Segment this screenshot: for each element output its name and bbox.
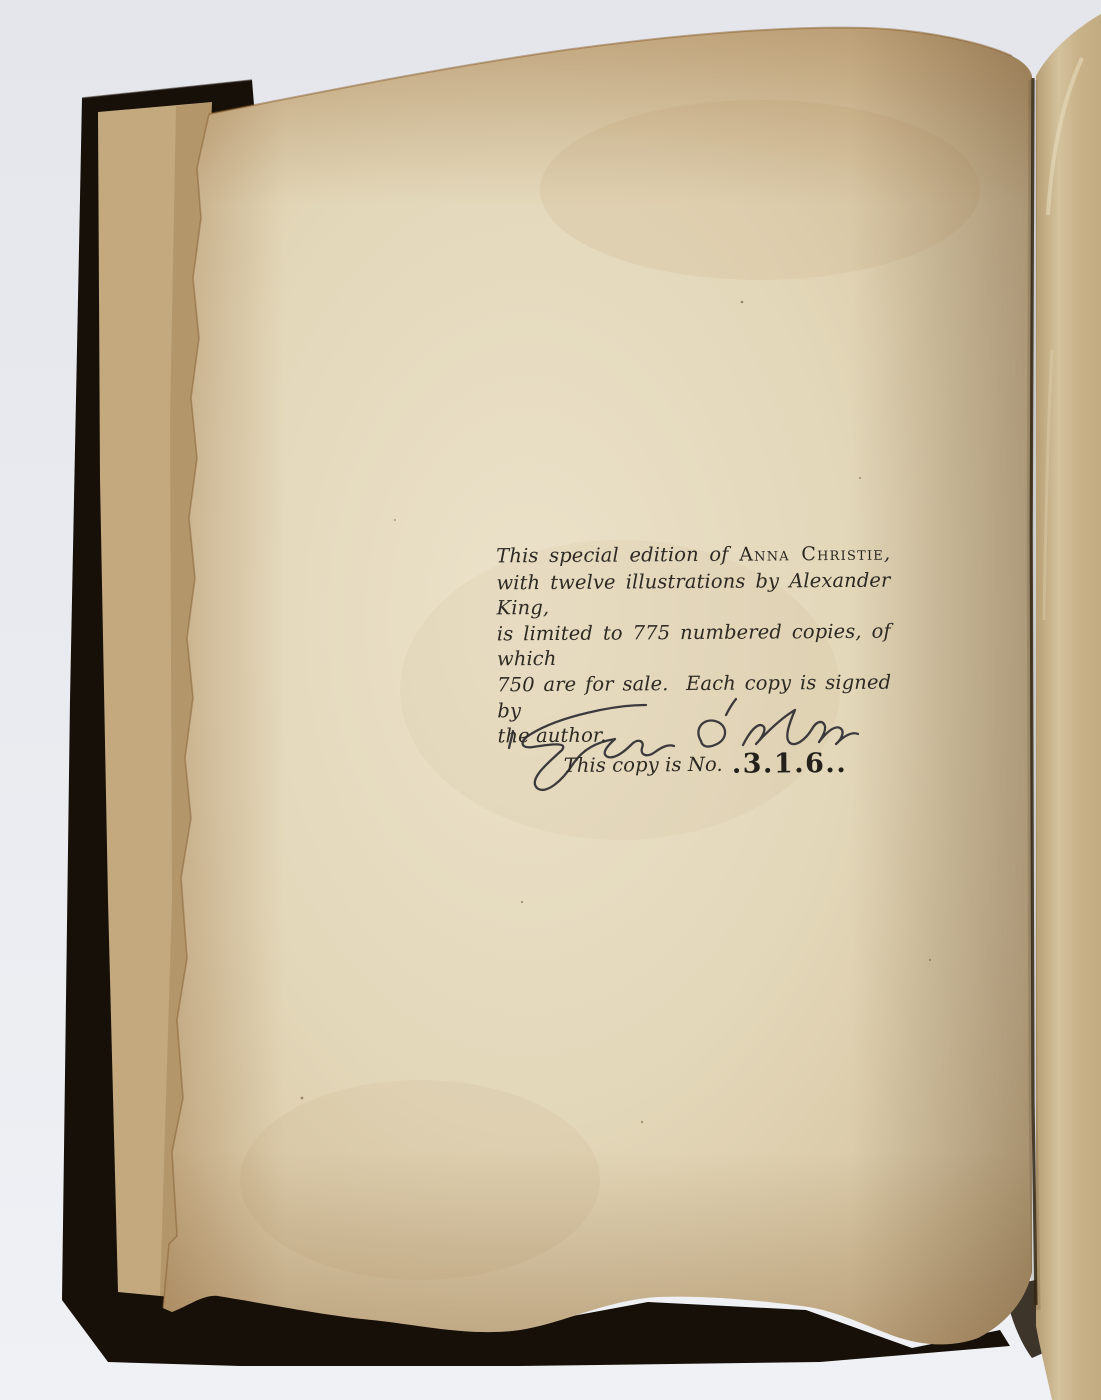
- copy-number-line: This copy is No..3.1.6..: [564, 748, 892, 780]
- facing-page: [1036, 14, 1101, 1400]
- limitation-line-3: is limited to 775 numbered copies, of wh…: [497, 618, 891, 672]
- copy-number-prefix: This copy is No.: [564, 753, 723, 777]
- book-title: Anna Christie: [739, 543, 884, 566]
- limitation-line-1-post: ,: [884, 542, 890, 565]
- limitation-statement: This special edition of Anna Christie, w…: [496, 541, 892, 781]
- limitation-line-5: the author.: [497, 721, 891, 749]
- limitation-line-2: with twelve illustrations by Alexander K…: [496, 567, 890, 621]
- book-photo: This special edition of Anna Christie, w…: [0, 0, 1101, 1400]
- copy-number-stamp: .3.1.6..: [732, 748, 848, 780]
- limitation-line-1-pre: This special edition of: [496, 543, 739, 568]
- limitation-line-4: 750 are for sale. Each copy is signed by: [497, 670, 891, 724]
- limitation-line-1: This special edition of Anna Christie,: [496, 541, 890, 570]
